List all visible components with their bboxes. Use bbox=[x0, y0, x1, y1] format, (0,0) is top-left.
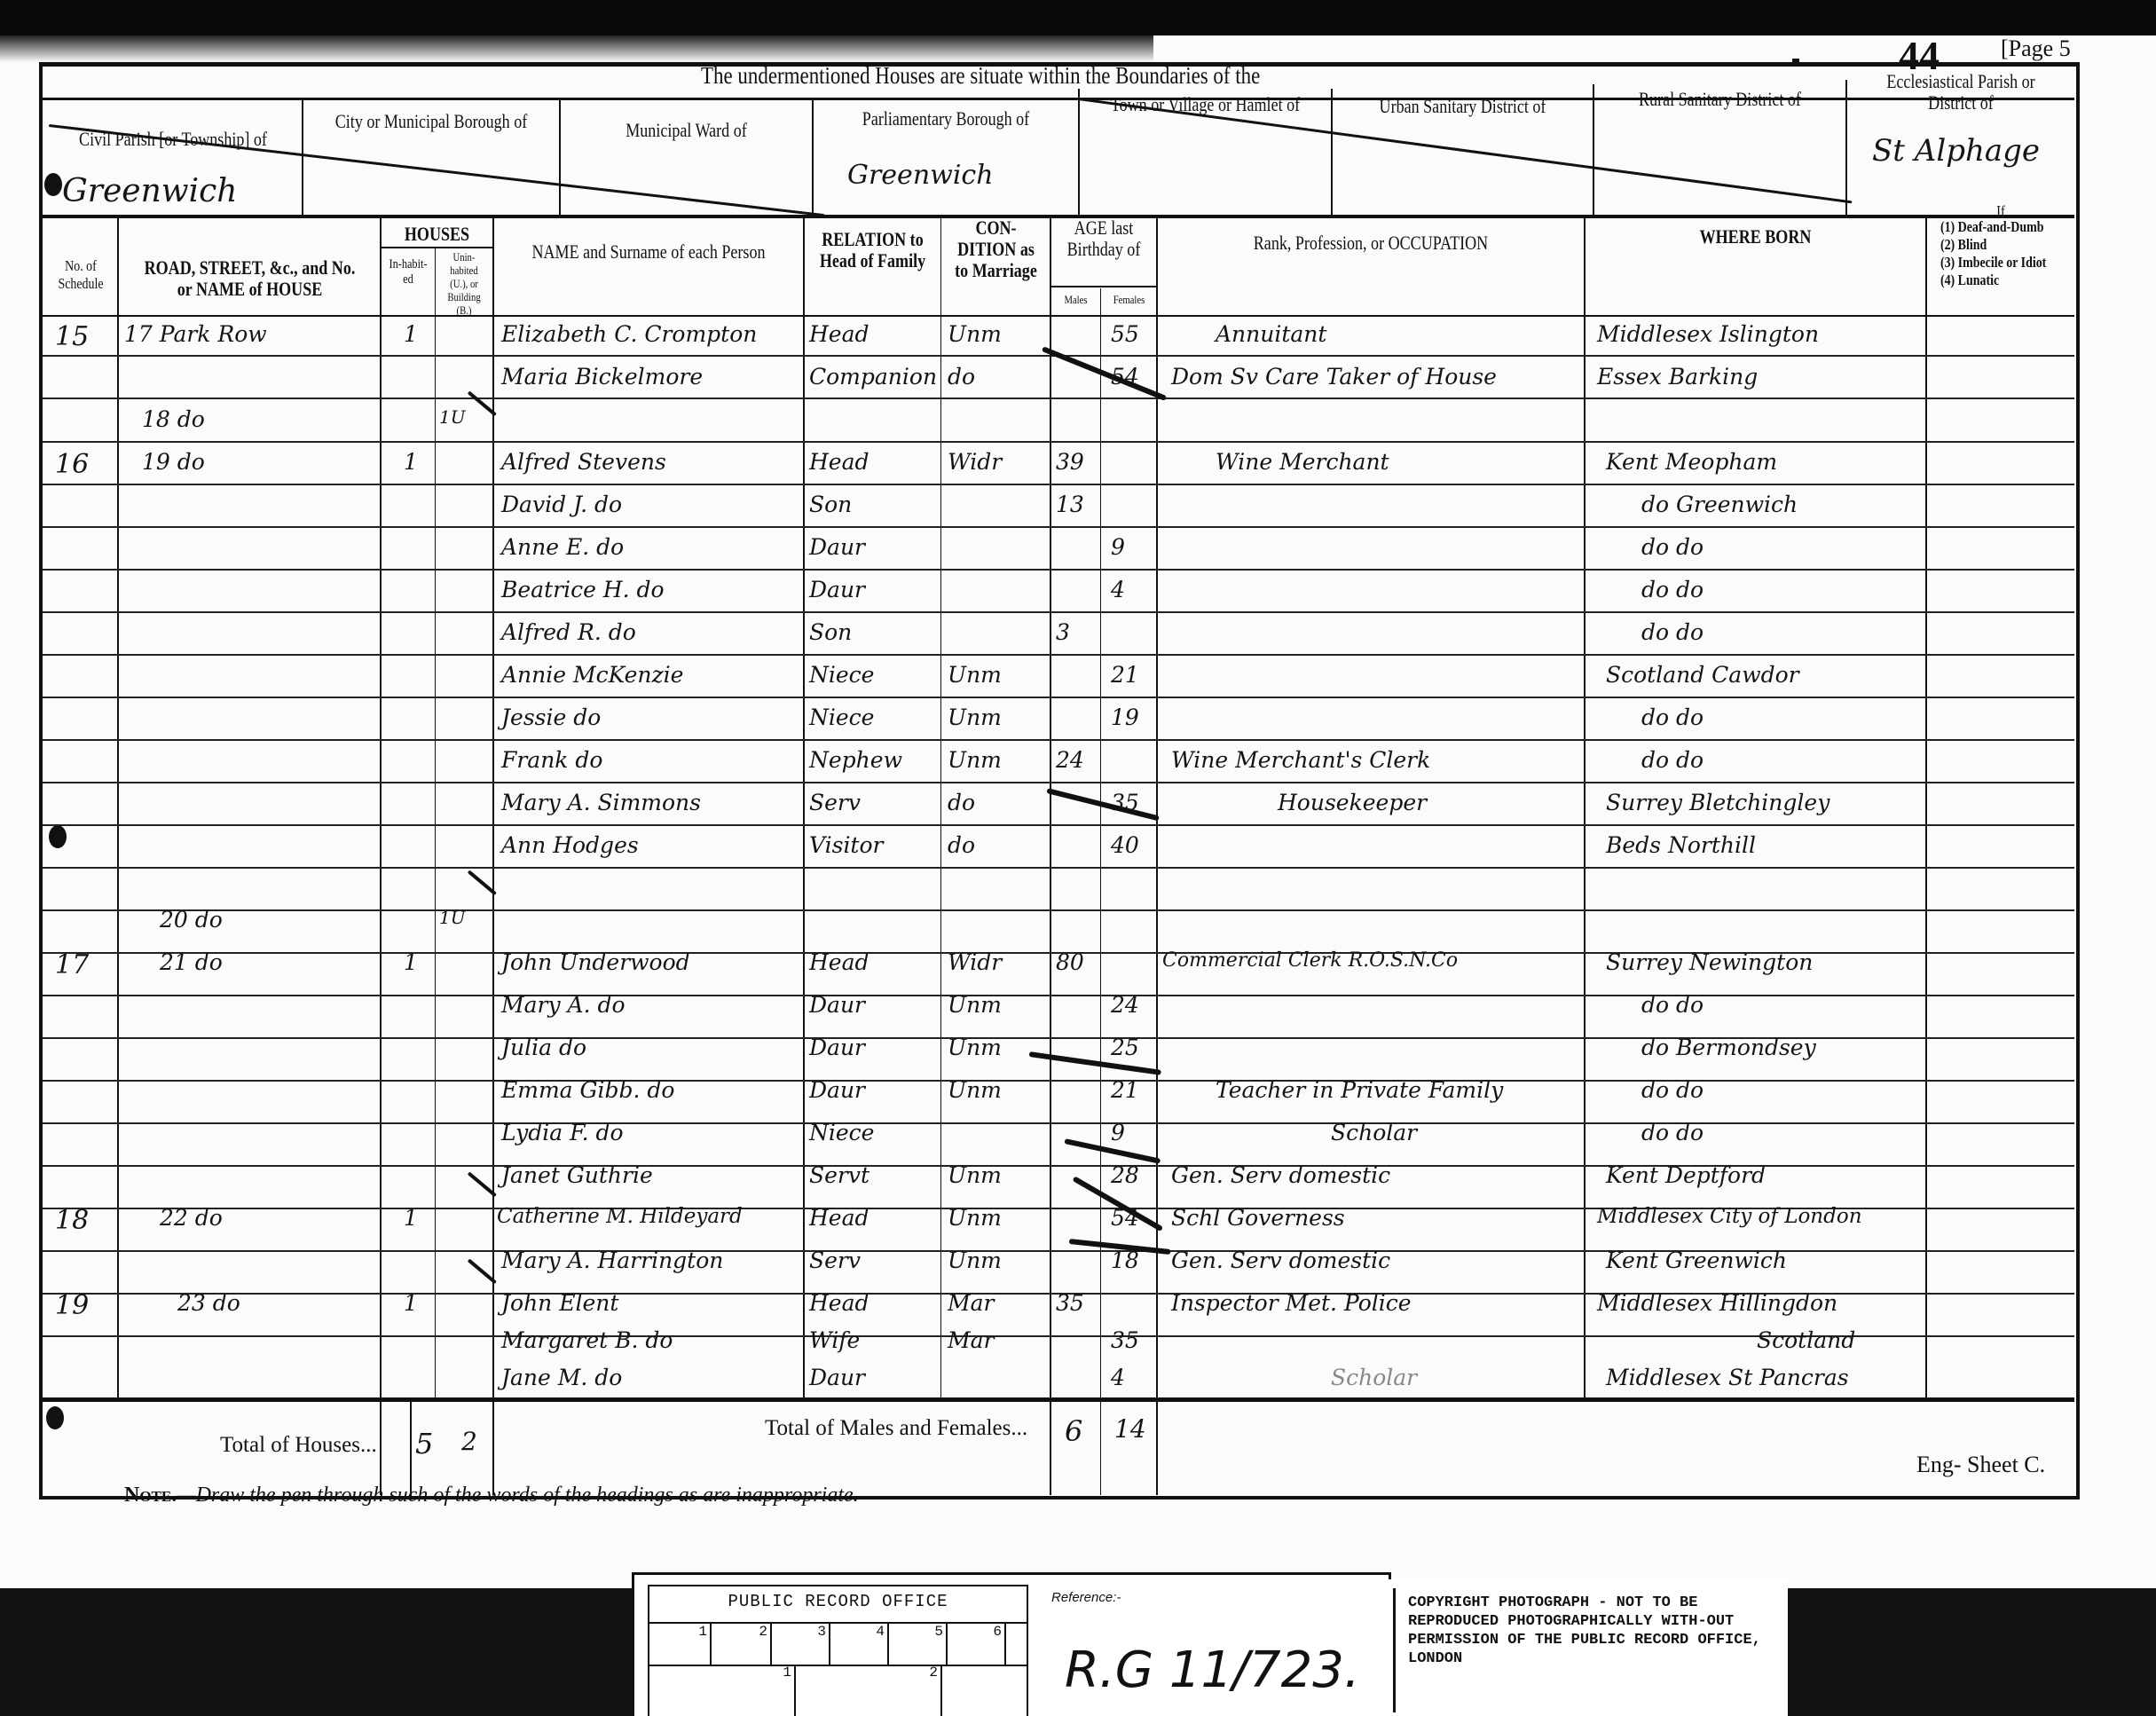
schedule-number: 18 bbox=[55, 1205, 89, 1236]
col-males: Males bbox=[1056, 289, 1096, 311]
record-office-title: PUBLIC RECORD OFFICE bbox=[649, 1592, 1027, 1611]
inhabited-count: 1 bbox=[404, 449, 418, 475]
col-infirmity-if: If bbox=[1940, 202, 2061, 220]
schedule-number: 15 bbox=[55, 321, 89, 352]
ruler-mark: 5 bbox=[889, 1624, 948, 1665]
parliamentary-borough-value: Greenwich bbox=[847, 160, 994, 191]
total-houses-label: Total of Houses... bbox=[220, 1433, 377, 1458]
condition: Widr bbox=[948, 949, 1002, 975]
male-age: 39 bbox=[1056, 449, 1084, 475]
row-rule bbox=[43, 1165, 2074, 1167]
col-infirmity-4: (4) Lunatic bbox=[1940, 272, 2061, 289]
birthplace: do do bbox=[1641, 577, 1704, 602]
divider bbox=[1100, 288, 1101, 1495]
condition: do bbox=[948, 790, 975, 815]
boundary-city-label: City or Municipal Borough of bbox=[327, 111, 536, 132]
person-name: Alfred Stevens bbox=[501, 449, 666, 475]
row-rule bbox=[43, 1122, 2074, 1124]
total-houses-uninhabited: 2 bbox=[461, 1427, 477, 1456]
col-schedule: No. of Schedule bbox=[51, 257, 110, 293]
occupation: Wine Merchant's Clerk bbox=[1171, 747, 1430, 773]
condition: Unm bbox=[948, 992, 1002, 1018]
birthplace: Essex Barking bbox=[1597, 364, 1758, 390]
occupation: Gen. Serv domestic bbox=[1171, 1162, 1390, 1188]
birthplace: do do bbox=[1641, 747, 1704, 773]
ruler-mark: 3 bbox=[772, 1624, 830, 1665]
female-age: 19 bbox=[1111, 705, 1139, 730]
col-condition: CON-DITION as to Marriage bbox=[952, 217, 1040, 281]
inhabited-count: 1 bbox=[404, 321, 418, 347]
road-address: 20 do bbox=[160, 907, 223, 933]
col-infirmity-2: (2) Blind bbox=[1940, 236, 2061, 254]
schedule-number: 17 bbox=[55, 949, 89, 980]
person-name: Janet Guthrie bbox=[501, 1162, 653, 1188]
ruler-mark: 1 bbox=[649, 1665, 796, 1716]
condition: Unm bbox=[948, 1035, 1002, 1060]
birthplace: Middlesex Islington bbox=[1597, 321, 1819, 347]
occupation: Teacher in Private Family bbox=[1216, 1077, 1503, 1103]
divider bbox=[492, 217, 494, 1495]
road-address: 21 do bbox=[160, 949, 223, 975]
page-label: [Page 5 bbox=[2001, 35, 2071, 62]
birthplace: Middlesex City of London bbox=[1597, 1205, 1862, 1228]
row-rule bbox=[43, 398, 2074, 399]
birthplace: do do bbox=[1641, 1120, 1704, 1145]
row-rule bbox=[43, 441, 2074, 443]
row-rule bbox=[43, 909, 2074, 911]
female-age: 4 bbox=[1111, 1365, 1125, 1390]
divider bbox=[1156, 217, 1158, 1495]
ecclesiastical-parish-value: St Alphage bbox=[1872, 133, 2040, 169]
inhabited-count: 1 bbox=[404, 1290, 418, 1316]
birthplace: do do bbox=[1641, 1077, 1704, 1103]
occupation: Scholar bbox=[1331, 1365, 1417, 1390]
occupation: Gen. Serv domestic bbox=[1171, 1248, 1390, 1273]
person-name: Margaret B. do bbox=[501, 1327, 673, 1353]
occupation: Schl Governess bbox=[1171, 1205, 1345, 1231]
condition: Mar bbox=[948, 1290, 994, 1316]
person-name: Beatrice H. do bbox=[501, 577, 665, 602]
col-infirmity-1: (1) Deaf-and-Dumb bbox=[1940, 218, 2061, 236]
male-age: 35 bbox=[1056, 1290, 1084, 1316]
birthplace: Scotland bbox=[1757, 1327, 1855, 1353]
road-address: 22 do bbox=[160, 1205, 223, 1231]
col-houses: HOUSES bbox=[391, 224, 483, 245]
birthplace: Middlesex Hillingdon bbox=[1597, 1290, 1837, 1316]
female-age: 9 bbox=[1111, 1120, 1125, 1145]
occupation: Housekeeper bbox=[1278, 790, 1427, 815]
row-rule bbox=[43, 1080, 2074, 1082]
female-age: 24 bbox=[1111, 992, 1139, 1018]
binding-hole bbox=[44, 173, 62, 196]
birthplace: do Greenwich bbox=[1641, 492, 1798, 517]
relation: Niece bbox=[809, 1120, 874, 1145]
divider bbox=[1593, 84, 1594, 215]
occupation: Wine Merchant bbox=[1216, 449, 1389, 475]
ruler-mark: 4 bbox=[830, 1624, 889, 1665]
row-rule bbox=[43, 782, 2074, 783]
female-age: 55 bbox=[1111, 321, 1139, 347]
boundary-rural-label: Rural Sanitary District of bbox=[1617, 89, 1822, 110]
female-age: 18 bbox=[1111, 1248, 1139, 1273]
copyright-notice: COPYRIGHT PHOTOGRAPH - NOT TO BE REPRODU… bbox=[1393, 1588, 1783, 1712]
note-text: —Draw the pen through such of the words … bbox=[177, 1484, 858, 1507]
occupation: Inspector Met. Police bbox=[1171, 1290, 1412, 1316]
relation: Head bbox=[809, 449, 869, 475]
female-age: 35 bbox=[1111, 1327, 1139, 1353]
person-name: Maria Bickelmore bbox=[501, 364, 703, 390]
female-age: 4 bbox=[1111, 577, 1125, 602]
condition: do bbox=[948, 832, 975, 858]
col-name: NAME and Surname of each Person bbox=[522, 241, 775, 263]
person-name: John Elent bbox=[501, 1290, 618, 1316]
divider bbox=[117, 217, 119, 1397]
condition: Widr bbox=[948, 449, 1002, 475]
person-name: Jane M. do bbox=[501, 1365, 622, 1390]
relation: Visitor bbox=[809, 832, 883, 858]
birthplace: do do bbox=[1641, 534, 1704, 560]
relation: Daur bbox=[809, 1365, 865, 1390]
uninhabited-count: 1U bbox=[439, 907, 466, 928]
person-name: Ann Hodges bbox=[501, 832, 639, 858]
divider bbox=[803, 217, 805, 1397]
total-males: 6 bbox=[1065, 1414, 1082, 1448]
ruler-mark: 2 bbox=[796, 1665, 942, 1716]
relation: Daur bbox=[809, 1035, 865, 1060]
record-office-box: PUBLIC RECORD OFFICE 1 2 3 4 5 6 1 2 bbox=[648, 1585, 1028, 1716]
col-inhabited: In-habit-ed bbox=[386, 257, 429, 287]
birthplace: do do bbox=[1641, 619, 1704, 645]
row-rule bbox=[43, 526, 2074, 528]
totals-top-rule bbox=[43, 1397, 2074, 1402]
female-age: 21 bbox=[1111, 1077, 1139, 1103]
birthplace: Surrey Newington bbox=[1606, 949, 1813, 975]
birthplace: do do bbox=[1641, 705, 1704, 730]
reference-value: R.G 11/723. bbox=[1065, 1641, 1360, 1699]
relation: Servt bbox=[809, 1162, 869, 1188]
condition: Unm bbox=[948, 705, 1002, 730]
row-rule bbox=[43, 569, 2074, 571]
birthplace: do do bbox=[1641, 992, 1704, 1018]
birthplace: Surrey Bletchingley bbox=[1606, 790, 1829, 815]
relation: Daur bbox=[809, 577, 865, 602]
person-name: Emma Gibb. do bbox=[501, 1077, 674, 1103]
person-name: Lydia F. do bbox=[501, 1120, 624, 1145]
col-uninhabited: Unin-habited (U.), or Building (B.) bbox=[441, 250, 487, 317]
condition: Unm bbox=[948, 321, 1002, 347]
relation: Wife bbox=[809, 1327, 860, 1353]
occupation: Dom Sv Care Taker of House bbox=[1171, 364, 1497, 390]
person-name: Frank do bbox=[501, 747, 602, 773]
condition: Unm bbox=[948, 747, 1002, 773]
birthplace: Beds Northill bbox=[1606, 832, 1756, 858]
binding-hole bbox=[49, 825, 67, 848]
divider bbox=[1078, 89, 1080, 215]
uninhabited-count: 1U bbox=[439, 406, 466, 428]
divider bbox=[380, 217, 382, 1495]
row-rule bbox=[43, 611, 2074, 613]
female-age: 21 bbox=[1111, 662, 1139, 688]
relation: Serv bbox=[809, 1248, 861, 1273]
road-address: 23 do bbox=[177, 1290, 240, 1316]
civil-parish-value: Greenwich bbox=[62, 173, 237, 209]
boundary-bottom-rule bbox=[43, 215, 2074, 218]
condition: Mar bbox=[948, 1327, 994, 1353]
relation: Son bbox=[809, 619, 852, 645]
male-age: 24 bbox=[1056, 747, 1084, 773]
row-rule bbox=[43, 867, 2074, 869]
condition: do bbox=[948, 364, 975, 390]
birthplace: Scotland Cawdor bbox=[1606, 662, 1799, 688]
condition: Unm bbox=[948, 1248, 1002, 1273]
relation: Head bbox=[809, 1290, 869, 1316]
row-rule bbox=[43, 739, 2074, 741]
total-persons-label: Total of Males and Females... bbox=[765, 1416, 1027, 1441]
inhabited-count: 1 bbox=[404, 1205, 418, 1231]
relation: Daur bbox=[809, 992, 865, 1018]
boundary-parliamentary-label: Parliamentary Borough of bbox=[838, 108, 1054, 130]
schedule-number: 16 bbox=[55, 449, 89, 480]
condition: Unm bbox=[948, 1077, 1002, 1103]
person-name: Catherine M. Hildeyard bbox=[497, 1205, 743, 1228]
road-address: 19 do bbox=[142, 449, 205, 475]
person-name: Annie McKenzie bbox=[501, 662, 683, 688]
header-bottom-rule bbox=[43, 315, 2074, 317]
birthplace: Middlesex St Pancras bbox=[1606, 1365, 1849, 1390]
road-address: 17 Park Row bbox=[124, 321, 267, 347]
divider bbox=[812, 98, 814, 215]
person-name: Julia do bbox=[501, 1035, 586, 1060]
binding-hole bbox=[46, 1406, 64, 1429]
person-name: David J. do bbox=[501, 492, 622, 517]
relation: Head bbox=[809, 1205, 869, 1231]
row-rule bbox=[43, 484, 2074, 485]
age-subrule bbox=[1051, 286, 1156, 287]
row-rule bbox=[43, 654, 2074, 656]
col-age: AGE last Birthday of bbox=[1061, 217, 1147, 260]
person-name: Mary A. Simmons bbox=[501, 790, 701, 815]
row-rule bbox=[43, 697, 2074, 698]
female-age: 25 bbox=[1111, 1035, 1139, 1060]
relation: Niece bbox=[809, 705, 874, 730]
divider bbox=[1331, 89, 1333, 215]
col-where-born: WHERE BORN bbox=[1616, 226, 1894, 248]
occupation: Annuitant bbox=[1216, 321, 1326, 347]
female-age: 28 bbox=[1111, 1162, 1139, 1188]
row-rule bbox=[43, 995, 2074, 996]
divider bbox=[940, 217, 941, 1397]
note-prefix: Note. bbox=[124, 1484, 177, 1507]
birthplace: Kent Greenwich bbox=[1606, 1248, 1787, 1273]
occupation: Commercial Clerk R.O.S.N.Co bbox=[1162, 949, 1458, 972]
road-address: 18 do bbox=[142, 406, 205, 432]
occupation: Scholar bbox=[1331, 1120, 1417, 1145]
census-page: The undermentioned Houses are situate wi… bbox=[0, 0, 2156, 1588]
divider bbox=[1925, 217, 1927, 1397]
col-occupation: Rank, Profession, or OCCUPATION bbox=[1196, 232, 1546, 254]
col-road: ROAD, STREET, &c., and No. or NAME of HO… bbox=[143, 257, 356, 300]
col-infirmity-3: (3) Imbecile or Idiot bbox=[1940, 254, 2061, 272]
ruler-mark: 2 bbox=[712, 1624, 772, 1665]
person-name: Mary A. do bbox=[501, 992, 626, 1018]
male-age: 3 bbox=[1056, 619, 1070, 645]
houses-subrule bbox=[382, 247, 492, 248]
relation: Nephew bbox=[809, 747, 902, 773]
relation: Daur bbox=[809, 534, 865, 560]
relation: Son bbox=[809, 492, 852, 517]
male-age: 80 bbox=[1056, 949, 1084, 975]
total-houses-inhabited: 5 bbox=[415, 1427, 433, 1460]
relation: Head bbox=[809, 949, 869, 975]
relation: Daur bbox=[809, 1077, 865, 1103]
inch-ruler: 1 2 3 4 5 6 bbox=[649, 1622, 1027, 1666]
person-name: Elizabeth C. Crompton bbox=[501, 321, 757, 347]
boundary-ward-label: Municipal Ward of bbox=[583, 120, 789, 141]
person-name: Mary A. Harrington bbox=[501, 1248, 723, 1273]
scan-edge-shadow bbox=[0, 0, 2156, 35]
birthplace: Kent Deptford bbox=[1606, 1162, 1766, 1188]
relation: Companion bbox=[809, 364, 937, 390]
condition: Unm bbox=[948, 1205, 1002, 1231]
inhabited-count: 1 bbox=[404, 949, 418, 975]
relation: Niece bbox=[809, 662, 874, 688]
person-name: Anne E. do bbox=[501, 534, 624, 560]
scan-edge-fade bbox=[0, 35, 1153, 62]
row-rule bbox=[43, 824, 2074, 826]
male-age: 13 bbox=[1056, 492, 1084, 517]
boundary-ecclesiastical-label: Ecclesiastical Parish or District of bbox=[1868, 71, 2054, 114]
female-age: 9 bbox=[1111, 534, 1125, 560]
divider bbox=[559, 98, 561, 215]
relation: Serv bbox=[809, 790, 861, 815]
person-name: Jessie do bbox=[501, 705, 601, 730]
reference-label: Reference:- bbox=[1051, 1590, 1121, 1605]
relation: Head bbox=[809, 321, 869, 347]
total-females: 14 bbox=[1114, 1414, 1146, 1444]
divider bbox=[1584, 217, 1586, 1397]
birthplace: Kent Meopham bbox=[1606, 449, 1777, 475]
divider bbox=[1050, 217, 1051, 1495]
divider bbox=[1845, 80, 1847, 215]
condition: Unm bbox=[948, 1162, 1002, 1188]
col-relation: RELATION to Head of Family bbox=[817, 229, 928, 272]
sheet-label: Eng- Sheet C. bbox=[1916, 1452, 2045, 1478]
birthplace: do Bermondsey bbox=[1641, 1035, 1816, 1060]
person-name: John Underwood bbox=[501, 949, 690, 975]
condition: Unm bbox=[948, 662, 1002, 688]
boundary-urban-label: Urban Sanitary District of bbox=[1356, 96, 1569, 117]
female-age: 40 bbox=[1111, 832, 1139, 858]
footnote: Note.—Draw the pen through such of the w… bbox=[124, 1484, 859, 1507]
col-females: Females bbox=[1106, 289, 1151, 311]
ruler-mark: 6 bbox=[948, 1624, 1006, 1665]
ruler-mark: 1 bbox=[649, 1624, 712, 1665]
schedule-number: 19 bbox=[55, 1290, 89, 1321]
person-name: Alfred R. do bbox=[501, 619, 636, 645]
